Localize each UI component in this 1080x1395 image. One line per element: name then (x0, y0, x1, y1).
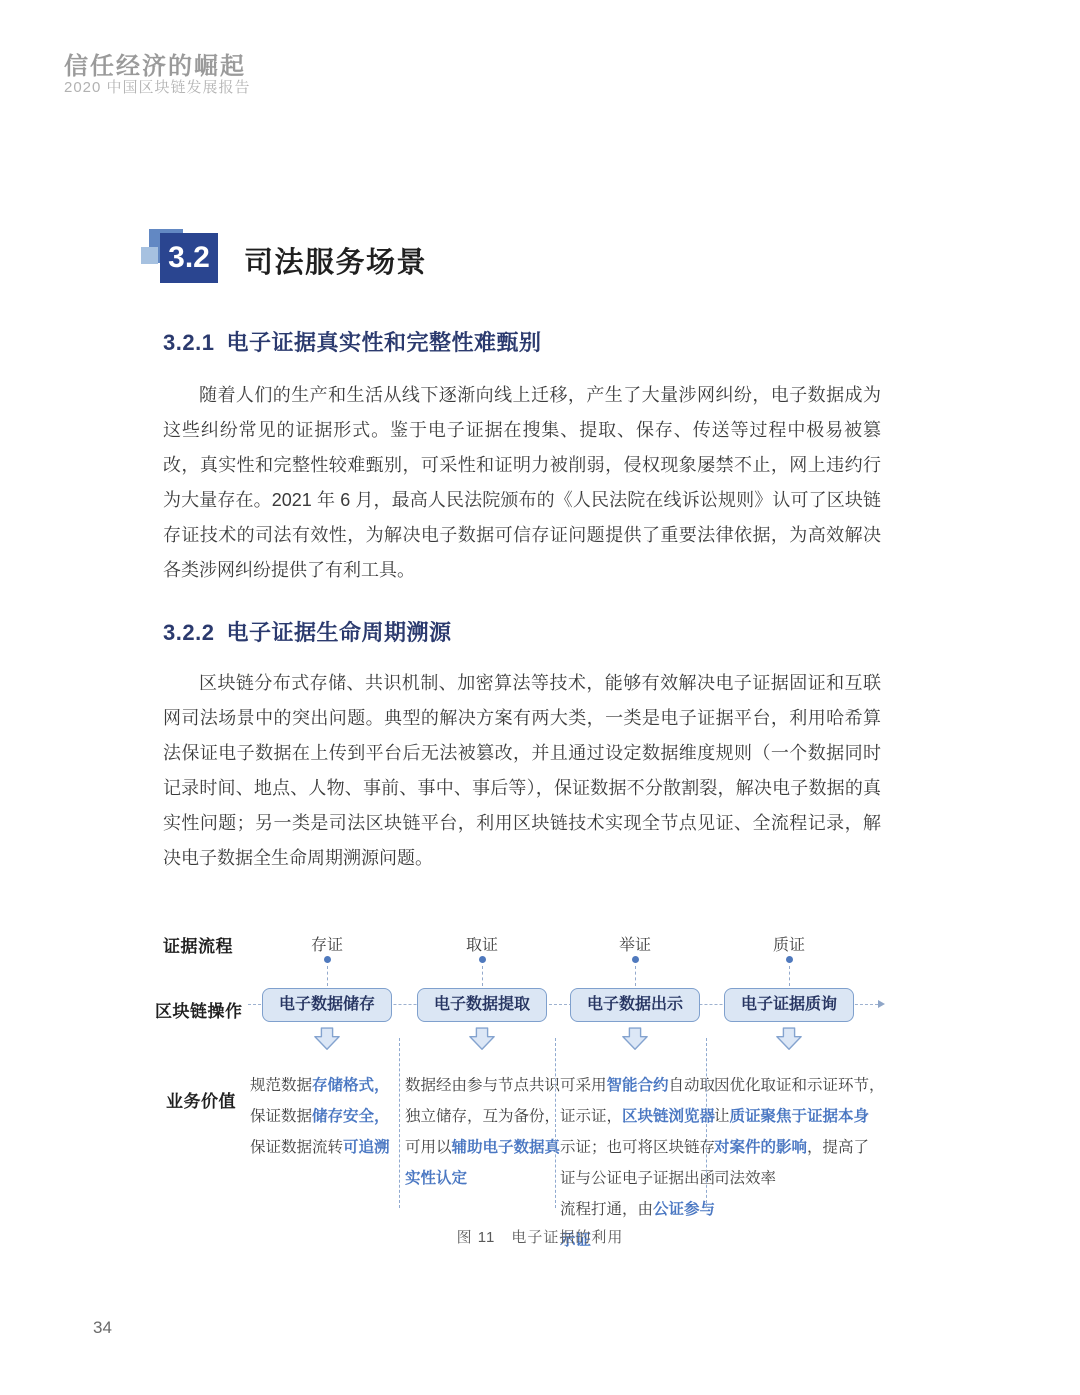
flow-dot-icon (786, 956, 793, 963)
down-arrow-icon (621, 1027, 649, 1051)
value-line: 让质证聚焦于证据本身 (714, 1101, 884, 1132)
row-label-process: 证据流程 (163, 932, 233, 957)
column-separator (555, 1038, 556, 1208)
value-text-segment: 因优化取证和示证环节， (714, 1077, 885, 1094)
connector-line (327, 966, 328, 986)
section-title: 司法服务场景 (244, 240, 427, 281)
value-line: 证与公证电子证据出函 (560, 1163, 712, 1194)
subsection-heading-322: 3.2.2电子证据生命周期溯源 (163, 616, 451, 647)
value-line: 可采用智能合约自动取 (560, 1070, 712, 1101)
down-arrow-icon (468, 1027, 496, 1051)
column-separator (706, 1038, 707, 1208)
flow-dot-icon (324, 956, 331, 963)
value-line: 示证；也可将区块链存 (560, 1132, 712, 1163)
value-text-column: 规范数据存储格式，保证数据储存安全，保证数据流转可追溯 (250, 1070, 400, 1163)
down-arrow-icon (313, 1027, 341, 1051)
value-text-segment: 保证数据流转 (250, 1139, 343, 1156)
row-label-value: 业务价值 (166, 1087, 236, 1112)
stage-label: 质证 (724, 932, 854, 955)
value-highlight: 存储格式， (312, 1077, 390, 1094)
report-page: 信任经济的崛起 2020 中国区块链发展报告 3.2 司法服务场景 3.2.1电… (0, 0, 1080, 1395)
subsection-number: 3.2.2 (163, 620, 214, 645)
operation-box: 电子数据出示 (570, 988, 700, 1022)
flow-arrowhead-icon (878, 1000, 885, 1008)
value-highlight: 可追溯 (343, 1139, 390, 1156)
value-line: 保证数据储存安全， (250, 1101, 400, 1132)
value-text-segment: 独立储存，互为备份， (405, 1108, 560, 1125)
value-text-segment: 流程打通，由 (560, 1201, 653, 1218)
value-text-segment: 自动取 (669, 1077, 716, 1094)
value-text-segment: 可采用 (560, 1077, 607, 1094)
connector-line (482, 966, 483, 986)
value-text-segment: 让 (714, 1108, 730, 1125)
value-highlight: 区块链浏览器 (622, 1108, 715, 1125)
operation-box: 电子数据提取 (417, 988, 547, 1022)
subsection-title: 电子证据生命周期溯源 (226, 620, 451, 645)
value-text-segment: 可用以 (405, 1139, 452, 1156)
value-text-segment: 规范数据 (250, 1077, 312, 1094)
value-line: 保证数据流转可追溯 (250, 1132, 400, 1163)
value-text-segment: 数据经由参与节点共识 (405, 1077, 560, 1094)
connector-line (789, 966, 790, 986)
value-line: 因优化取证和示证环节， (714, 1070, 884, 1101)
value-line: 规范数据存储格式， (250, 1070, 400, 1101)
value-line: 流程打通，由公证参与 (560, 1194, 712, 1225)
report-logo-subtitle: 2020 中国区块链发展报告 (64, 76, 251, 97)
column-separator (399, 1038, 400, 1208)
section-number-badge: 3.2 (160, 233, 218, 283)
flow-dot-icon (632, 956, 639, 963)
value-text-segment: ，提高了 (807, 1139, 869, 1156)
flow-dot-icon (479, 956, 486, 963)
connector-line (635, 966, 636, 986)
stage-label: 存证 (262, 932, 392, 955)
body-paragraph: 随着人们的生产和生活从线下逐渐向线上迁移，产生了大量涉网纠纷，电子数据成为这些纠… (163, 378, 881, 588)
value-text-segment: 证示证， (560, 1108, 622, 1125)
value-line: 实性认定 (405, 1163, 557, 1194)
stage-label: 取证 (417, 932, 547, 955)
body-paragraph: 区块链分布式存储、共识机制、加密算法等技术，能够有效解决电子证据固证和互联网司法… (163, 666, 881, 876)
evidence-flow-diagram: 证据流程 区块链操作 业务价值 存证电子数据储存规范数据存储格式，保证数据储存安… (150, 920, 890, 1220)
value-text-segment: 示证；也可将区块链存 (560, 1139, 715, 1156)
figure-caption: 图 11 电子证据的利用 (0, 1226, 1080, 1247)
subsection-title: 电子证据真实性和完整性难甄别 (226, 330, 541, 355)
value-line: 独立储存，互为备份， (405, 1101, 557, 1132)
value-line: 司法效率 (714, 1163, 884, 1194)
value-highlight: 智能合约 (607, 1077, 669, 1094)
value-highlight: 储存安全， (312, 1108, 390, 1125)
down-arrow-icon (775, 1027, 803, 1051)
value-text-segment: 证与公证电子证据出函 (560, 1170, 715, 1187)
subsection-heading-321: 3.2.1电子证据真实性和完整性难甄别 (163, 326, 541, 357)
value-highlight: 质证聚焦于证据本身 (730, 1108, 870, 1125)
value-line: 数据经由参与节点共识 (405, 1070, 557, 1101)
value-text-column: 因优化取证和示证环节，让质证聚焦于证据本身对案件的影响，提高了司法效率 (714, 1070, 884, 1194)
row-label-operation: 区块链操作 (155, 997, 243, 1022)
page-number: 34 (93, 1318, 112, 1338)
operation-box: 电子证据质询 (724, 988, 854, 1022)
value-line: 可用以辅助电子数据真 (405, 1132, 557, 1163)
subsection-number: 3.2.1 (163, 330, 214, 355)
value-highlight: 实性认定 (405, 1170, 467, 1187)
value-text-segment: 司法效率 (714, 1170, 776, 1187)
value-line: 证示证，区块链浏览器 (560, 1101, 712, 1132)
decor-square-small (141, 247, 158, 264)
value-line: 对案件的影响，提高了 (714, 1132, 884, 1163)
value-text-segment: 保证数据 (250, 1108, 312, 1125)
value-text-column: 数据经由参与节点共识独立储存，互为备份，可用以辅助电子数据真实性认定 (405, 1070, 557, 1194)
operation-box: 电子数据储存 (262, 988, 392, 1022)
value-highlight: 对案件的影响 (714, 1139, 807, 1156)
value-highlight: 辅助电子数据真 (452, 1139, 561, 1156)
stage-label: 举证 (570, 932, 700, 955)
